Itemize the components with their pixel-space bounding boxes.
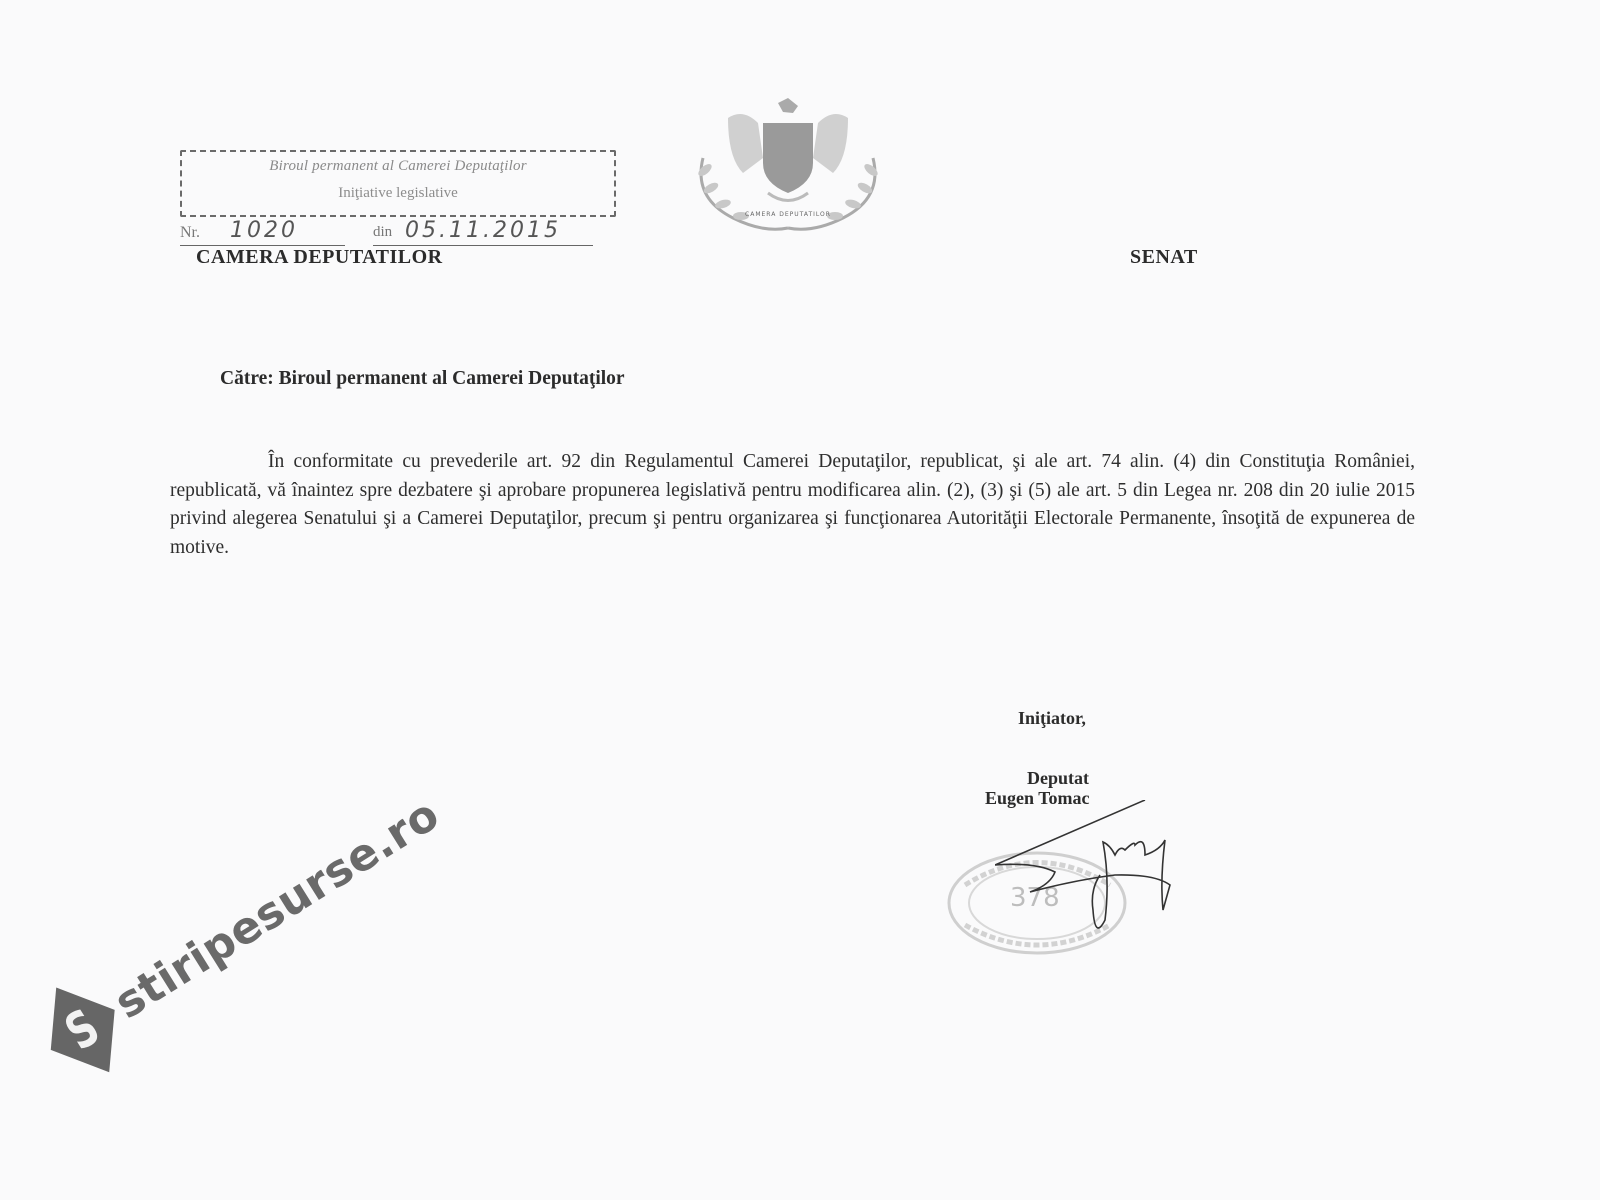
senate-header: SENAT [1130, 246, 1198, 269]
handwritten-signature-icon [995, 800, 1175, 950]
letter-body: În conformitate cu prevederile art. 92 d… [170, 448, 1415, 562]
scanned-document: Biroul permanent al Camerei Deputaţilor … [0, 0, 1600, 1200]
registry-date-label: din [373, 224, 392, 241]
registry-number-value: 1020 [230, 218, 298, 243]
registry-stamp: Biroul permanent al Camerei Deputaţilor … [180, 150, 616, 217]
stiripesurse-logo-icon: S [51, 987, 115, 1072]
registry-number-line: Nr. 1020 din 05.11.2015 [180, 218, 620, 248]
chamber-header: CAMERA DEPUTATILOR [196, 246, 443, 269]
registry-number-label: Nr. [180, 224, 200, 242]
stiripesurse-watermark: S stiripesurse.ro [40, 784, 451, 1073]
romanian-coat-of-arms-icon: CAMERA DEPUTATILOR [683, 98, 893, 238]
registry-stamp-department: Iniţiative legislative [182, 185, 614, 202]
signature-title: Deputat [1027, 768, 1089, 789]
addressee-line: Către: Biroul permanent al Camerei Deput… [220, 368, 625, 390]
registry-date-value: 05.11.2015 [405, 218, 561, 243]
signature-role: Iniţiator, [1018, 708, 1086, 729]
watermark-text: stiripesurse.ro [106, 788, 448, 1028]
registry-stamp-office: Biroul permanent al Camerei Deputaţilor [182, 158, 614, 175]
svg-text:CAMERA DEPUTATILOR: CAMERA DEPUTATILOR [745, 211, 831, 218]
